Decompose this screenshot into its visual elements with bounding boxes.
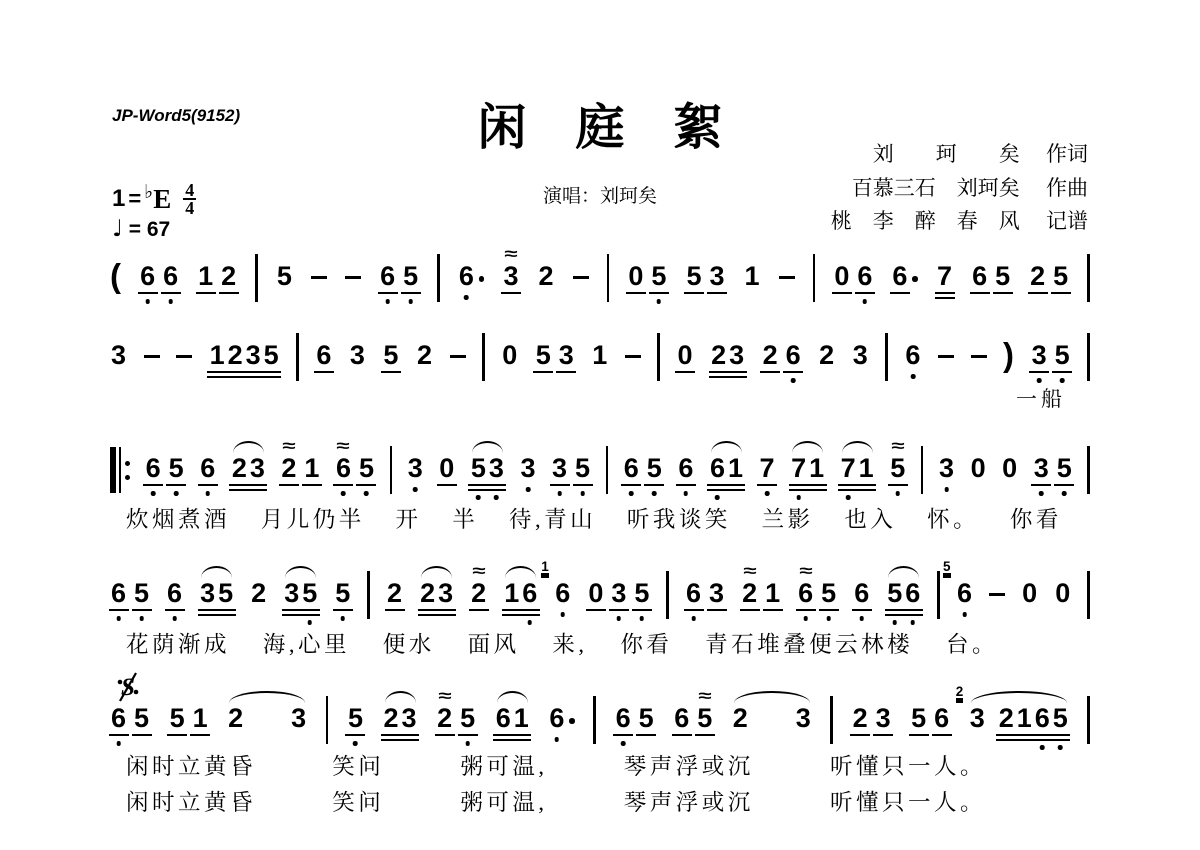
underline xyxy=(675,371,695,373)
note-digit: 3 xyxy=(795,704,812,733)
underline xyxy=(885,614,905,616)
note-digit: 2 xyxy=(231,454,248,483)
underline xyxy=(493,734,513,736)
lyric-segment: 听懂只一人。 xyxy=(830,785,986,817)
barline xyxy=(666,571,669,619)
underline xyxy=(378,292,398,294)
octave-dot xyxy=(413,487,418,492)
note-digit: 1 xyxy=(209,341,226,370)
note-token: 23 xyxy=(231,454,266,483)
note-digit: 5 xyxy=(1056,454,1073,483)
octave-dot xyxy=(617,616,622,621)
barline xyxy=(921,446,924,494)
barline xyxy=(830,696,833,744)
note-token: 3 xyxy=(110,341,127,370)
mordent-icon: ≈ xyxy=(743,566,756,578)
lyric-segment: 也入 xyxy=(844,502,896,534)
lyric-segment: 闲时立黄昏 xyxy=(126,785,256,817)
grace-note: 2 xyxy=(956,686,964,698)
note-digit: 5 xyxy=(470,454,487,483)
lyric-segment: 青石堆叠便云林楼 xyxy=(705,627,913,659)
underline xyxy=(207,376,227,378)
underline xyxy=(789,484,809,486)
note-token: 06 xyxy=(833,262,873,291)
lyric-segment: 便水 xyxy=(383,627,435,659)
underline xyxy=(511,734,531,736)
note-token: 65 xyxy=(145,454,185,483)
note-token: 63 xyxy=(685,579,725,608)
underline xyxy=(385,609,405,611)
underline xyxy=(1014,739,1034,741)
augmentation-dot xyxy=(479,276,485,282)
barline xyxy=(813,254,816,302)
note-digit: 5 xyxy=(994,262,1011,291)
underline xyxy=(261,371,281,373)
note-token: 0 xyxy=(501,341,518,370)
note-digit: 6≈ xyxy=(335,454,352,483)
octave-dot xyxy=(341,491,346,496)
note-token: 23 xyxy=(969,704,986,733)
underline xyxy=(856,489,876,491)
underline xyxy=(763,609,783,611)
note-digit: 6 xyxy=(853,579,870,608)
note-token: 65 xyxy=(110,704,150,733)
barline xyxy=(296,333,299,381)
note-digit: 2 xyxy=(227,341,244,370)
octave-dot xyxy=(1062,491,1067,496)
music-line-1: (661256563≈20553106676525 xyxy=(110,262,1090,294)
octave-dot xyxy=(911,620,916,625)
underline xyxy=(132,609,152,611)
octave-dot xyxy=(494,495,499,500)
underline xyxy=(649,292,669,294)
underline xyxy=(935,292,955,294)
note-digit: 2≈ xyxy=(741,579,758,608)
underline xyxy=(243,376,263,378)
note-digit: 3 xyxy=(488,454,505,483)
note-token: 5 xyxy=(382,341,399,370)
note-token: 2≈1 xyxy=(741,579,781,608)
note-token: 1235 xyxy=(209,341,280,370)
underline xyxy=(216,609,236,611)
note-token: 61 xyxy=(709,454,744,483)
underline xyxy=(1014,734,1034,736)
grace-note: 1 xyxy=(541,561,549,573)
note-token: 53 xyxy=(535,341,575,370)
underline xyxy=(888,484,908,486)
underline xyxy=(381,734,401,736)
note-token: 6≈5 xyxy=(335,454,375,483)
octave-dot xyxy=(116,741,121,746)
note-digit: 2≈ xyxy=(436,704,453,733)
note-digit: 3 xyxy=(728,341,745,370)
note-token: 0 xyxy=(1021,579,1038,608)
octave-dot xyxy=(353,741,358,746)
augmentation-dot xyxy=(569,718,575,724)
note-token: 035 xyxy=(587,579,650,608)
underline xyxy=(783,371,803,373)
underline xyxy=(437,484,457,486)
lyric-segment: 半 xyxy=(452,502,478,534)
lyric-segment: 闲时立黄昏 xyxy=(126,749,256,781)
barline xyxy=(1087,254,1090,302)
note-digit: 6 xyxy=(548,704,565,733)
note-digit: 6 xyxy=(956,579,973,608)
repeat-start-sign xyxy=(110,447,130,493)
note-token: 2 xyxy=(416,341,433,370)
credits-block: 刘 珂 矣 作词 百慕三石 刘珂矣 作曲 桃 李 醉 春 风 记谱 xyxy=(831,138,1088,239)
underline xyxy=(261,376,281,378)
note-token: 5 xyxy=(347,704,364,733)
note-digit: 6 xyxy=(495,704,512,733)
lyric-segment: 台。 xyxy=(946,627,998,659)
underline xyxy=(418,614,438,616)
note-digit: 2 xyxy=(852,704,869,733)
slur-arc xyxy=(971,691,1067,703)
underline xyxy=(632,609,652,611)
note-digit: 2 xyxy=(419,579,436,608)
note-token: 23 xyxy=(383,704,418,733)
note-digit: 3 xyxy=(437,579,454,608)
note-token: 2≈1 xyxy=(280,454,320,483)
underline xyxy=(468,484,488,486)
octave-dot xyxy=(1037,378,1042,383)
note-token: 7 xyxy=(759,454,776,483)
underline xyxy=(486,484,506,486)
octave-dot xyxy=(684,491,689,496)
note-token: 6 xyxy=(166,579,183,608)
barline xyxy=(1087,571,1090,619)
underline xyxy=(356,484,376,486)
underline xyxy=(207,371,227,373)
barline xyxy=(482,333,485,381)
repeat-dot xyxy=(125,475,130,480)
note-digit: 6 xyxy=(971,262,988,291)
octave-dot xyxy=(657,299,662,304)
note-digit: 0 xyxy=(438,454,455,483)
note-token: 0 xyxy=(438,454,455,483)
note-digit: 7 xyxy=(936,262,953,291)
underline xyxy=(225,371,245,373)
slur-arc xyxy=(421,566,452,578)
barline xyxy=(1087,446,1090,494)
octave-dot xyxy=(580,491,585,496)
note-token: 7 xyxy=(936,262,953,291)
note-token: 35 xyxy=(283,579,318,608)
underline xyxy=(511,739,531,741)
note-digit: 3 xyxy=(938,454,955,483)
underline xyxy=(225,376,245,378)
octave-dot xyxy=(1058,745,1063,750)
note-digit: 5 xyxy=(650,262,667,291)
note-token: 53 xyxy=(685,262,725,291)
note-digit: 6 xyxy=(139,262,156,291)
underline xyxy=(138,292,158,294)
underline xyxy=(586,609,606,611)
underline xyxy=(832,292,852,294)
underline xyxy=(247,489,267,491)
note-digit: 1 xyxy=(513,704,530,733)
note-digit: 6 xyxy=(199,454,216,483)
octave-dot xyxy=(1040,745,1045,750)
note-token: 2 xyxy=(818,341,835,370)
lyric-segment: 月儿仍半 xyxy=(261,502,365,534)
tempo-marking: ♩ = 67 xyxy=(112,216,170,242)
underline xyxy=(838,484,858,486)
note-token: 2 xyxy=(386,579,403,608)
underline xyxy=(626,292,646,294)
note-digit: 3 xyxy=(1033,454,1050,483)
note-digit: 2 xyxy=(710,341,727,370)
underline xyxy=(399,734,419,736)
barline xyxy=(255,254,258,302)
underline xyxy=(333,609,353,611)
note-digit: 5 xyxy=(459,704,476,733)
slur-group: 23 xyxy=(227,704,307,733)
underline xyxy=(727,371,747,373)
note-digit: 6 xyxy=(685,579,702,608)
underline xyxy=(314,371,334,373)
note-digit: 2≈ xyxy=(280,454,297,483)
barline xyxy=(937,571,940,619)
dash-note xyxy=(450,355,466,358)
underline xyxy=(1032,739,1052,741)
note-token: 05 xyxy=(627,262,667,291)
octave-dot xyxy=(145,299,150,304)
note-digit: 5 xyxy=(638,704,655,733)
underline xyxy=(143,484,163,486)
note-digit: 3 xyxy=(969,704,986,733)
underline xyxy=(684,292,704,294)
note-token: 3 xyxy=(795,704,812,733)
octave-dot xyxy=(168,299,173,304)
note-digit: 5 xyxy=(301,579,318,608)
underline xyxy=(302,484,322,486)
note-token: 3 xyxy=(938,454,955,483)
underline xyxy=(707,609,727,611)
note-digit: 6 xyxy=(458,262,475,291)
note-digit: 1 xyxy=(1016,704,1033,733)
underline xyxy=(345,734,365,736)
note-token: 26 xyxy=(762,341,802,370)
underline xyxy=(709,376,729,378)
note-token: 2 xyxy=(732,704,749,733)
note-digit: 5 xyxy=(334,579,351,608)
underline xyxy=(1050,739,1070,741)
note-token: 0 xyxy=(677,341,694,370)
underline xyxy=(727,376,747,378)
slur-arc xyxy=(792,441,823,453)
underline xyxy=(520,609,540,611)
underline xyxy=(190,734,210,736)
note-digit: 3 xyxy=(199,579,216,608)
lyric-segment: 笑问 xyxy=(332,785,384,817)
note-token: 61 xyxy=(495,704,530,733)
underline xyxy=(279,484,299,486)
octave-dot xyxy=(765,491,770,496)
underline xyxy=(468,489,488,491)
slur-arc xyxy=(385,691,416,703)
lyric-segment: 兰影 xyxy=(762,502,814,534)
lyricist-credit: 刘 珂 矣 作词 xyxy=(831,138,1088,172)
note-digit: 7 xyxy=(790,454,807,483)
underline xyxy=(520,614,540,616)
underline xyxy=(229,484,249,486)
octave-dot xyxy=(139,616,144,621)
note-digit: 1 xyxy=(197,262,214,291)
underline xyxy=(807,489,827,491)
underline xyxy=(247,484,267,486)
slur-arc xyxy=(201,566,232,578)
note-digit: 3 xyxy=(110,341,127,370)
note-token: 6 xyxy=(853,579,870,608)
note-digit: 2 xyxy=(998,704,1015,733)
lyric-segment: 开 xyxy=(396,502,422,534)
note-token: 5≈ xyxy=(889,454,906,483)
underline xyxy=(1050,734,1070,736)
note-digit: 2 xyxy=(386,579,403,608)
underline xyxy=(789,489,809,491)
note-digit: 2 xyxy=(227,704,244,733)
underline xyxy=(613,734,633,736)
note-digit: 3≈ xyxy=(502,262,519,291)
underline xyxy=(725,484,745,486)
note-digit: 5 xyxy=(1052,704,1069,733)
note-digit: 0 xyxy=(1001,454,1018,483)
underline xyxy=(621,484,641,486)
octave-dot xyxy=(640,616,645,621)
underline xyxy=(219,292,239,294)
note-digit: 6 xyxy=(554,579,571,608)
dash-note xyxy=(176,355,192,358)
note-token: 3≈ xyxy=(502,262,519,291)
key-tonic: E xyxy=(153,184,171,215)
repeat-dots xyxy=(125,461,130,480)
tempo-bpm: 67 xyxy=(147,218,170,241)
note-digit: 3 xyxy=(401,704,418,733)
note-token: 0 xyxy=(970,454,987,483)
underline xyxy=(1054,484,1074,486)
underline xyxy=(282,609,302,611)
note-digit: 3 xyxy=(852,341,869,370)
note-digit: 1 xyxy=(744,262,761,291)
note-token: 65 xyxy=(971,262,1011,291)
parenthesis: ) xyxy=(1003,338,1014,371)
note-digit: 6 xyxy=(856,262,873,291)
note-digit: 3 xyxy=(708,262,725,291)
underline xyxy=(196,292,216,294)
note-token: 71 xyxy=(840,454,875,483)
slur-arc xyxy=(505,566,536,578)
note-digit: 6 xyxy=(145,454,162,483)
note-token: 5 xyxy=(334,579,351,608)
note-digit: 2 xyxy=(762,341,779,370)
note-digit: 2 xyxy=(1029,262,1046,291)
note-token: 53 xyxy=(470,454,505,483)
underline xyxy=(807,484,827,486)
underline xyxy=(725,489,745,491)
underline xyxy=(198,484,218,486)
octave-dot xyxy=(557,491,562,496)
underline xyxy=(796,609,816,611)
note-digit: 2 xyxy=(538,262,555,291)
note-digit: 3 xyxy=(290,704,307,733)
mordent-icon: ≈ xyxy=(337,441,350,453)
octave-dot xyxy=(652,491,657,496)
underline xyxy=(707,292,727,294)
underline xyxy=(996,739,1016,741)
note-token: 6 xyxy=(904,341,921,370)
note-digit: 6 xyxy=(904,579,921,608)
note-digit: 0 xyxy=(1054,579,1071,608)
underline xyxy=(684,609,704,611)
underline xyxy=(493,739,513,741)
note-token: 35 xyxy=(551,454,591,483)
note-token: 6 xyxy=(891,262,918,291)
octave-dot xyxy=(465,741,470,746)
barline xyxy=(657,333,660,381)
underline xyxy=(436,609,456,611)
octave-dot xyxy=(796,495,801,500)
underline xyxy=(418,609,438,611)
note-digit: 1 xyxy=(591,341,608,370)
octave-dot xyxy=(893,620,898,625)
underline xyxy=(935,297,955,299)
note-digit: 5 xyxy=(1054,341,1071,370)
slur-arc xyxy=(285,566,316,578)
slur-arc xyxy=(472,441,503,453)
barline xyxy=(606,446,609,494)
dash-note xyxy=(311,276,327,279)
note-digit: 6 xyxy=(110,579,127,608)
underline xyxy=(401,292,421,294)
octave-dot xyxy=(1039,491,1044,496)
note-digit: 3 xyxy=(551,454,568,483)
note-token: 3 xyxy=(407,454,424,483)
note-digit: 2 xyxy=(250,579,267,608)
mordent-icon: ≈ xyxy=(282,441,295,453)
octave-dot xyxy=(911,374,916,379)
underline xyxy=(556,371,576,373)
note-digit: 5 xyxy=(382,341,399,370)
underline xyxy=(502,614,522,616)
octave-dot xyxy=(527,620,532,625)
mordent-icon: ≈ xyxy=(504,249,517,261)
underline xyxy=(932,734,952,736)
note-digit: 3 xyxy=(245,341,262,370)
note-digit: 6 xyxy=(677,454,694,483)
barline xyxy=(437,254,440,302)
note-token: 51 xyxy=(169,704,209,733)
note-token: 3 xyxy=(349,341,366,370)
note-digit: 5 xyxy=(633,579,650,608)
octave-dot xyxy=(621,741,626,746)
note-digit: 5 xyxy=(820,579,837,608)
mordent-icon: ≈ xyxy=(438,691,451,703)
underline xyxy=(381,371,401,373)
flat-icon: ♭ xyxy=(144,181,153,203)
underline xyxy=(709,371,729,373)
underline xyxy=(856,484,876,486)
slur-arc xyxy=(711,441,742,453)
augmentation-dot xyxy=(912,276,918,282)
slur-arc xyxy=(842,441,873,453)
lyric-segment: 你看 xyxy=(1010,502,1062,534)
composer-credit: 百慕三石 刘珂矣 作曲 xyxy=(831,172,1088,206)
underline xyxy=(243,371,263,373)
note-token: 1 xyxy=(591,341,608,370)
note-digit: 5 xyxy=(1052,262,1069,291)
